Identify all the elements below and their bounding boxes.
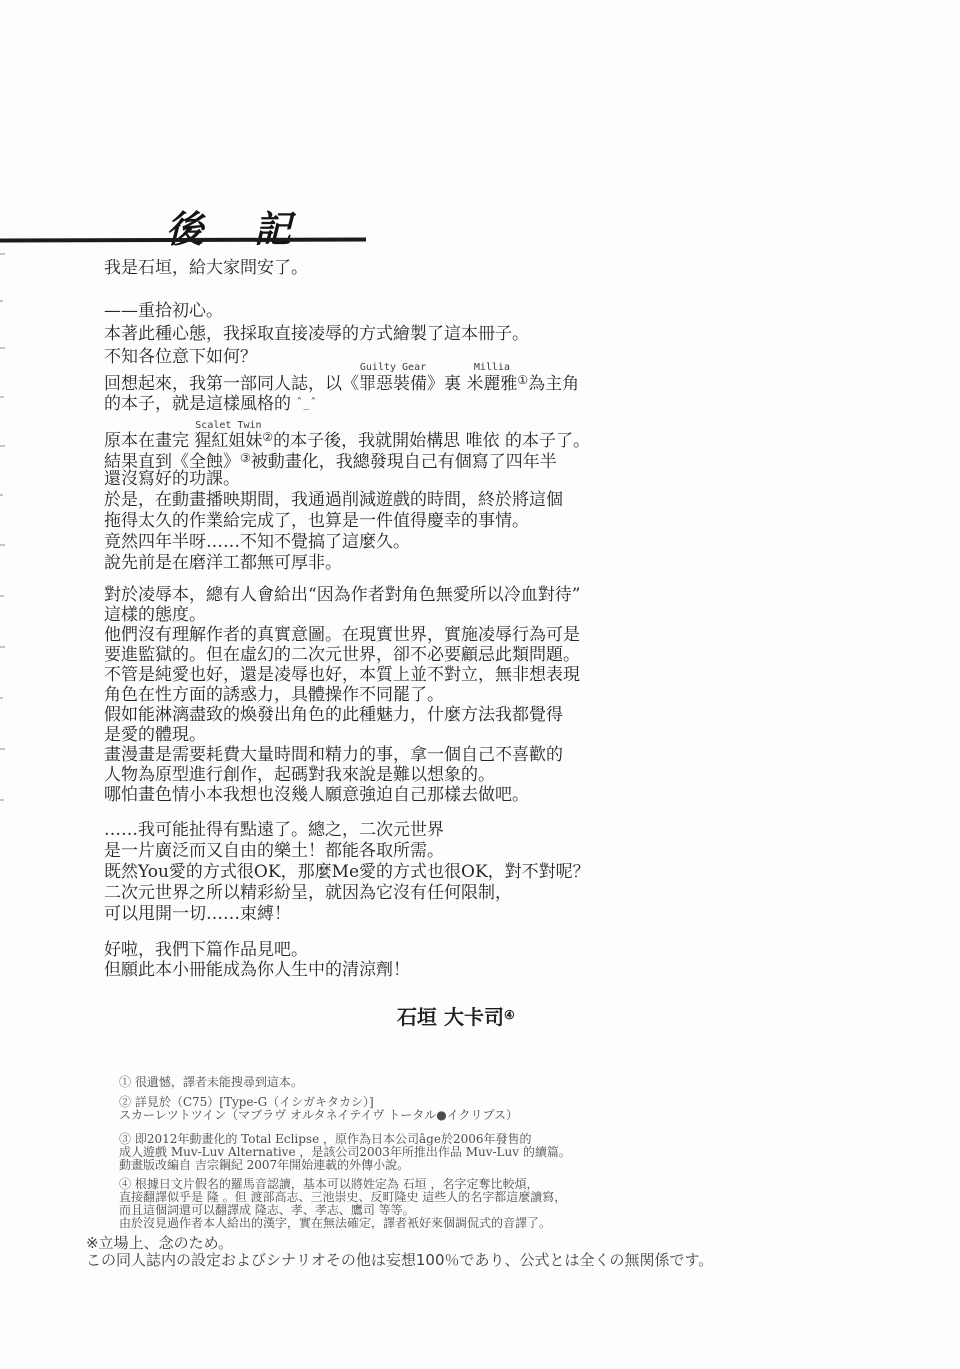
body-line: 我是石垣，給大家問安了。 [104, 258, 308, 278]
body-line: 本著此種心態，我採取直接凌辱的方式繪製了這本冊子。 [104, 323, 579, 346]
ruby-base: 罪惡裝備 [359, 374, 427, 394]
body-line: 要進監獄的。但在虛幻的二次元世界，卻不必要顧忌此類問題。 [104, 645, 580, 665]
body-line: 這樣的態度。 [104, 605, 580, 625]
footnote-4: ④ 根據日文片假名的羅馬音認讀，基本可以將姓定為 石垣 ，名字定奪比較煩， 直接… [119, 1178, 566, 1230]
scan-artifact [0, 544, 5, 546]
paragraph-greeting: 我是石垣，給大家問安了。 [104, 258, 308, 278]
footnote-ref-2: ② [262, 430, 273, 444]
body-line: 角色在性方面的誘惑力，具體操作不同罷了。 [104, 685, 580, 705]
footnote-1: ① 很遺憾，譯者未能搜尋到這本。 [119, 1076, 303, 1089]
scan-artifact [0, 748, 5, 750]
body-line: 好啦，我們下篇作品見吧。 [104, 940, 410, 960]
body-line: 對於凌辱本，總有人會給出“因為作者對角色無愛所以冷血對待” [104, 585, 580, 605]
body-text: 》裏 [427, 374, 466, 394]
body-text: 被動畫化，我總發現自己有個寫了四年半 [251, 452, 557, 472]
page-title: 後 記 [166, 199, 298, 253]
paragraph-2d-world: ……我可能扯得有點遠了。總之，二次元世界 是一片廣泛而又自由的樂土！都能各取所需… [104, 820, 590, 925]
body-line: 結果直到《全蝕》③被動畫化，我總發現自己有個寫了四年半 [104, 448, 590, 469]
body-line: ……我可能扯得有點遠了。總之，二次元世界 [104, 820, 590, 841]
ruby-millia: 米麗雅Millia [466, 373, 517, 396]
scan-artifact [0, 799, 4, 801]
paragraph-intro: ——重拾初心。 本著此種心態，我採取直接凌辱的方式繪製了這本冊子。 不知各位意下… [104, 300, 579, 415]
scan-artifact [0, 646, 5, 648]
paragraph-history: 原本在畫完 猩紅姐妹Scalet Twin②的本子後，我就開始構思 唯依 的本子… [104, 427, 590, 574]
footnote-ref-1: ① [517, 373, 528, 387]
scan-artifact [0, 347, 5, 349]
disclaimer-line: この同人誌内の設定およびシナリオその他は妄想100％であり、公式とは全くの無関係… [86, 1252, 713, 1269]
author-name: 石垣 大卡司 [397, 1005, 504, 1029]
body-text: 為主角 [528, 374, 579, 394]
body-line: 假如能淋漓盡致的煥發出角色的此種魅力，什麼方法我都覺得 [104, 705, 580, 725]
body-line: 但願此本小冊能成為你人生中的清涼劑！ [104, 960, 410, 980]
footnote-ref-4: ④ [504, 1008, 515, 1022]
body-line: 拖得太久的作業給完成了，也算是一件值得慶幸的事情。 [104, 511, 590, 532]
paragraph-opinion: 對於凌辱本，總有人會給出“因為作者對角色無愛所以冷血對待” 這樣的態度。 他們沒… [104, 585, 580, 805]
body-line: 原本在畫完 猩紅姐妹Scalet Twin②的本子後，我就開始構思 唯依 的本子… [104, 427, 590, 448]
signature: 石垣 大卡司④ [397, 1001, 515, 1030]
footnote-line: スカーレツトツイン（マブラヴ オルタネイテイヴ トータル●イクリプス） [119, 1109, 518, 1122]
footnote-ref-3: ③ [240, 451, 251, 465]
body-line: 是愛的體現。 [104, 725, 580, 745]
body-line: 二次元世界之所以精彩紛呈，就因為它沒有任何限制， [104, 883, 590, 904]
body-line: 他們沒有理解作者的真實意圖。在現實世界，實施凌辱行為可是 [104, 625, 580, 645]
body-text: 的本子，就是這樣風格的 [104, 394, 296, 414]
body-line: 畫漫畫是需要耗費大量時間和精力的事，拿一個自己不喜歡的 [104, 745, 580, 765]
ruby-base: 米麗雅 [466, 374, 517, 394]
scan-artifact [0, 697, 3, 699]
ruby-guilty-gear: 罪惡裝備Guilty Gear [359, 373, 427, 396]
ruby-text: Millia [474, 363, 510, 373]
body-line: 既然You愛的方式很OK，那麼Me愛的方式也很OK，對不對呢？ [104, 862, 590, 883]
body-line: ——重拾初心。 [104, 300, 579, 323]
body-line: 哪怕畫色情小本我想也沒幾人願意強迫自己那樣去做吧。 [104, 785, 580, 805]
footnote-line: 由於沒見過作者本人給出的漢字，實在無法確定，譯者衹好來個調侃式的音譯了。 [119, 1217, 566, 1230]
scan-artifact [0, 396, 4, 398]
footnote-line: ① 很遺憾，譯者未能搜尋到這本。 [119, 1076, 303, 1089]
footnote-2: ② 詳見於（C75）[Type-G（イシガキタカシ）] スカーレツトツイン（マブ… [119, 1096, 518, 1122]
scan-artifact [0, 253, 5, 255]
body-line: 回想起來，我第一部同人誌，以《罪惡裝備Guilty Gear》裏 米麗雅Mill… [104, 369, 579, 392]
title-underline [0, 238, 366, 243]
emoticon: ˆ_ˆ [296, 396, 317, 410]
scan-artifact [0, 595, 4, 597]
scan-artifact [0, 494, 3, 496]
body-line: 還沒寫好的功課。 [104, 469, 590, 490]
body-line: 說先前是在磨洋工都無可厚非。 [104, 553, 590, 574]
body-line: 不管是純愛也好，還是凌辱也好，本質上並不對立，無非想表現 [104, 665, 580, 685]
body-text: 回想起來，我第一部同人誌，以《 [104, 374, 359, 394]
body-line: 是一片廣泛而又自由的樂土！都能各取所需。 [104, 841, 590, 862]
ruby-text: Guilty Gear [360, 363, 426, 373]
body-line: 於是，在動畫播映期間，我通過削減遊戲的時間，終於將這個 [104, 490, 590, 511]
paragraph-farewell: 好啦，我們下篇作品見吧。 但願此本小冊能成為你人生中的清涼劑！ [104, 940, 410, 980]
ruby-scarlet-twin: 猩紅姐妹Scalet Twin [194, 431, 262, 452]
footnote-3: ③ 即2012年動畫化的 Total Eclipse ，原作為日本公司âge於2… [119, 1133, 571, 1172]
body-line: 人物為原型進行創作，起碼對我來說是難以想象的。 [104, 765, 580, 785]
disclaimer-line: ※立場上、念のため。 [86, 1235, 713, 1252]
disclaimer: ※立場上、念のため。 この同人誌内の設定およびシナリオその他は妄想100％であり… [86, 1235, 713, 1269]
body-line: 可以甩開一切……束縛！ [104, 904, 590, 925]
footnote-line: 動畫版改編自 吉宗鋼紀 2007年開始連載的外傳小說。 [119, 1159, 571, 1172]
afterword-page: 後 記 我是石垣，給大家問安了。 ——重拾初心。 本著此種心態，我採取直接凌辱的… [0, 0, 960, 1369]
scan-artifact [0, 445, 5, 447]
ruby-base: 猩紅姐妹 [194, 431, 262, 451]
ruby-text: Scalet Twin [195, 421, 261, 431]
body-line: 竟然四年半呀……不知不覺搞了這麼久。 [104, 532, 590, 553]
scan-artifact [0, 300, 3, 302]
